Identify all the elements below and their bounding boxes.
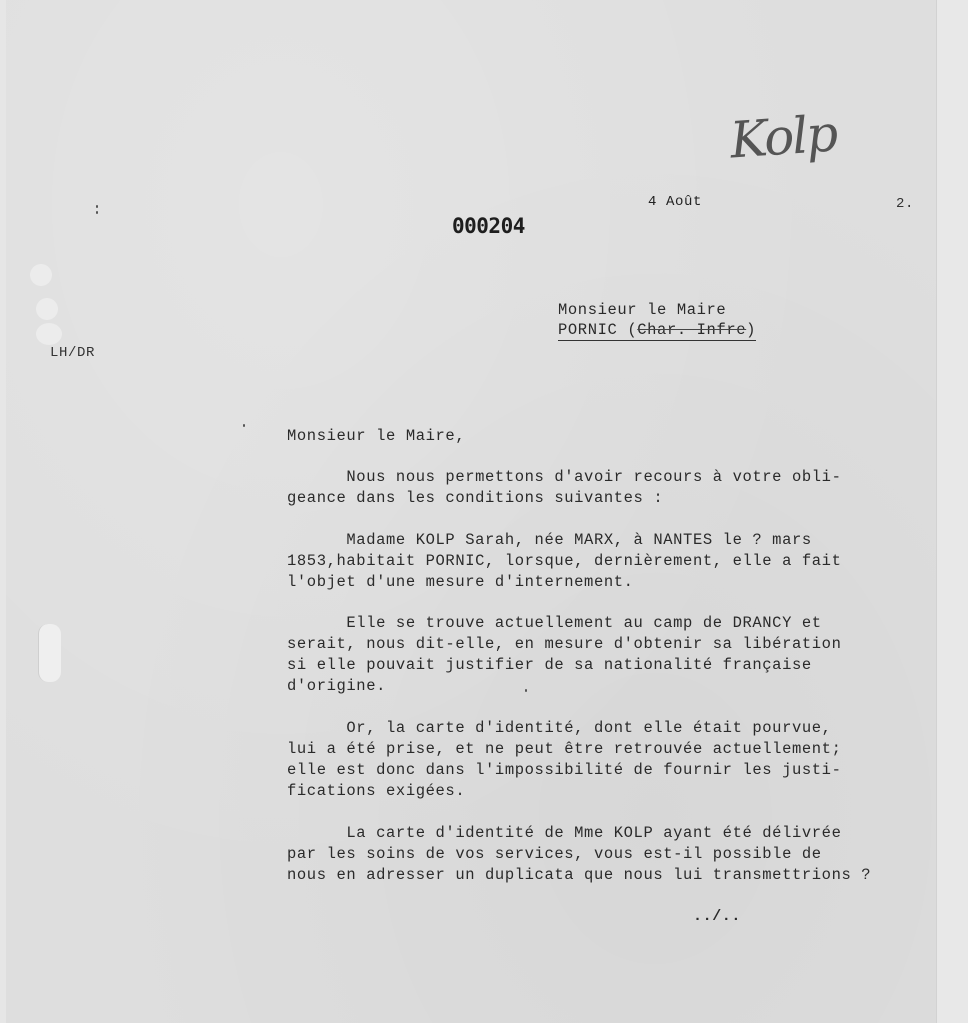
paragraph-duplicate-request: La carte d'identité de Mme KOLP ayant ét… [287,823,871,886]
ink-speck [96,211,98,214]
paragraph-line: Madame KOLP Sarah, née MARX, à NANTES le… [287,530,841,551]
paragraph-line: par les soins de vos services, vous est-… [287,844,871,865]
continuation-mark: ../.. [693,906,741,927]
paragraph-line: lui a été prise, et ne peut être retrouv… [287,739,841,760]
recipient-region-open: ( [617,321,637,339]
letter-date: 4 Août [648,192,702,213]
paragraph-line: Nous nous permettons d'avoir recours à v… [287,467,841,488]
handwritten-annotation: Kolp [728,104,838,169]
recipient-title: Monsieur le Maire [558,300,726,321]
salutation: Monsieur le Maire, [287,426,465,447]
paragraph-line: serait, nous dit-elle, en mesure d'obten… [287,634,841,655]
document-number: 000204 [452,214,525,238]
paragraph-line: nous en adresser un duplicata que nous l… [287,865,871,886]
punch-hole [36,323,62,345]
paragraph-line: Elle se trouve actuellement au camp de D… [287,613,841,634]
reference-initials: LH/DR [50,343,95,364]
recipient-region-close: ) [746,321,756,339]
paragraph-line: elle est donc dans l'impossibilité de fo… [287,760,841,781]
paragraph-line: l'objet d'une mesure d'internement. [287,572,841,593]
paragraph-request: Nous nous permettons d'avoir recours à v… [287,467,841,509]
page-left-edge [0,0,6,1023]
paragraph-identity-card: Or, la carte d'identité, dont elle était… [287,718,841,802]
paragraph-line: fications exigées. [287,781,841,802]
punch-hole [36,298,58,320]
paragraph-line: si elle pouvait justifier de sa national… [287,655,841,676]
paragraph-drancy: Elle se trouve actuellement au camp de D… [287,613,841,697]
recipient-city: PORNIC [558,321,617,339]
recipient-region-struck: Char. Infre [637,321,746,339]
paragraph-subject: Madame KOLP Sarah, née MARX, à NANTES le… [287,530,841,593]
punch-hole [30,264,52,286]
paragraph-line: d'origine. [287,676,841,697]
paragraph-line: 1853,habitait PORNIC, lorsque, dernièrem… [287,551,841,572]
recipient-address-underlined: PORNIC (Char. Infre) [558,321,756,341]
ink-speck [243,424,245,427]
letter-page: Kolp 000204 4 Août 2. Monsieur le Maire … [0,0,936,1023]
recipient-address: PORNIC (Char. Infre) [558,320,756,341]
ink-speck [96,205,98,208]
staple-mark [38,624,61,682]
scan-edge-strip [936,0,968,1023]
paragraph-line: La carte d'identité de Mme KOLP ayant ét… [287,823,871,844]
paragraph-line: geance dans les conditions suivantes : [287,488,841,509]
year-fragment: 2. [896,194,914,215]
paragraph-line: Or, la carte d'identité, dont elle était… [287,718,841,739]
